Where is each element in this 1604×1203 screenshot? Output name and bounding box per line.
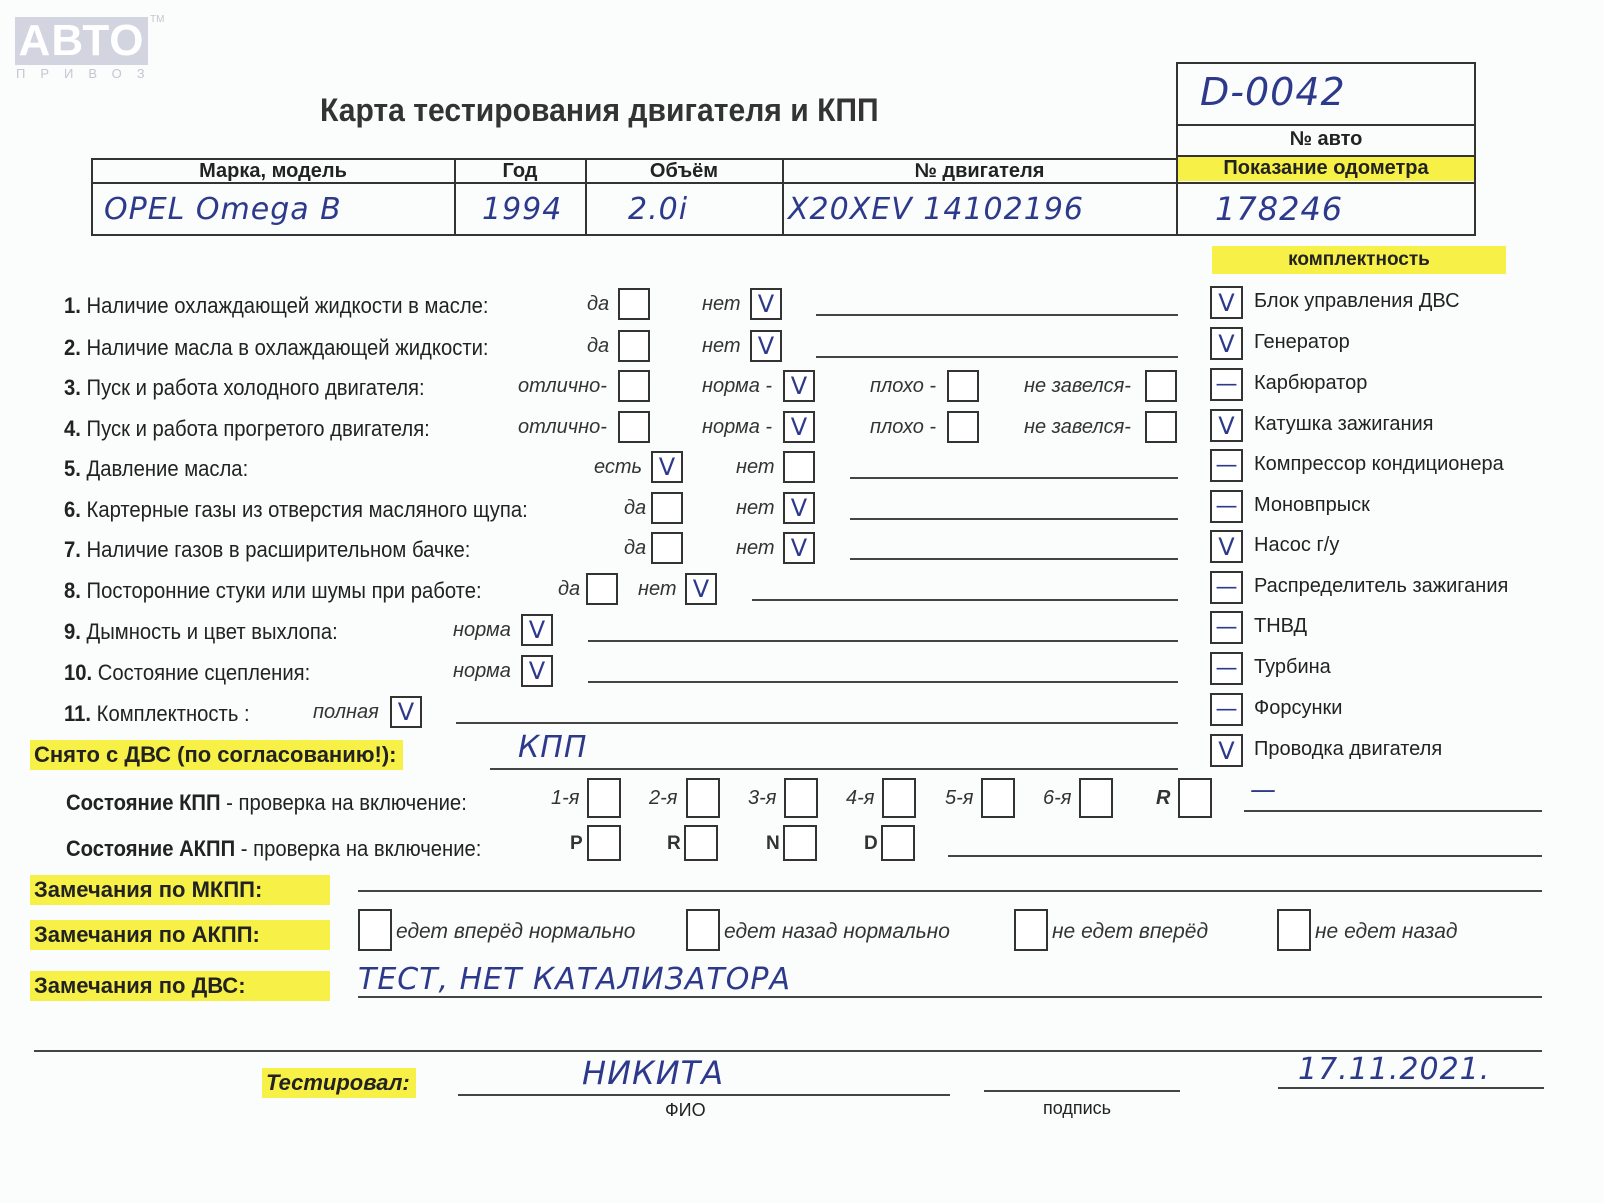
akpp-remark-label: не едет назад (1315, 920, 1457, 944)
check-mark-icon: V (1218, 535, 1234, 559)
odometer-value[interactable]: 178246 (1215, 190, 1343, 228)
check-mark-icon: V (791, 496, 807, 520)
completeness-item-label: Карбюратор (1254, 372, 1367, 395)
completeness-item-label: Блок управления ДВС (1254, 290, 1460, 313)
akpp-remark-checkbox[interactable] (1277, 909, 1311, 951)
checkbox[interactable] (618, 370, 650, 402)
check-mark-icon: V (659, 455, 675, 479)
checkbox[interactable]: V (390, 696, 422, 728)
dash-mark-icon: — (1216, 496, 1238, 518)
checkbox[interactable]: V (783, 370, 815, 402)
check-mark-icon: V (758, 334, 774, 358)
check-question-2: 2. Наличие масла в охлаждающей жидкости: (64, 335, 489, 361)
checkbox[interactable]: V (783, 492, 815, 524)
dash-mark-icon: — (1216, 699, 1238, 721)
position-checkbox[interactable] (587, 825, 621, 861)
akpp-remark-checkbox[interactable] (686, 909, 720, 951)
akpp-remarks-label: Замечания по АКПП: (30, 920, 330, 950)
column-header-engine-number: № двигателя (783, 160, 1176, 183)
dvs-remarks-value[interactable]: ТЕСТ, НЕТ КАТАЛИЗАТОРА (358, 962, 791, 997)
signature-caption: подпись (1043, 1098, 1111, 1119)
comment-line[interactable] (850, 477, 1178, 479)
comment-line[interactable] (816, 356, 1178, 358)
akpp-remark-label: едет назад нормально (724, 920, 950, 944)
completeness-title: комплектность (1212, 246, 1506, 274)
volume-value[interactable]: 2.0i (628, 192, 688, 227)
gear-label: 5-я (945, 787, 973, 810)
option-label: нет (736, 537, 775, 560)
checkbox[interactable]: V (521, 655, 553, 687)
position-checkbox[interactable] (881, 825, 915, 861)
completeness-checkbox[interactable]: — (1210, 449, 1243, 482)
completeness-checkbox[interactable]: V (1210, 530, 1243, 563)
option-label: да (587, 293, 609, 316)
check-mark-icon: V (398, 700, 414, 724)
option-label: норма (453, 619, 511, 642)
checkbox[interactable] (618, 411, 650, 443)
checkbox[interactable] (947, 370, 979, 402)
gear-label: 6-я (1043, 787, 1071, 810)
gear-checkbox[interactable] (1178, 778, 1212, 818)
option-label: норма - (702, 375, 772, 398)
option-label: есть (594, 456, 642, 479)
make-model-value[interactable]: OPEL Omega B (104, 192, 342, 227)
check-mark-icon: V (1218, 739, 1234, 763)
check-question-4: 4. Пуск и работа прогретого двигателя: (64, 416, 430, 442)
completeness-checkbox[interactable]: — (1210, 652, 1243, 685)
akpp-remark-label: едет вперёд нормально (396, 920, 635, 944)
check-mark-icon: V (1218, 291, 1234, 315)
gear-label: 4-я (846, 787, 874, 810)
manual-gearbox-note[interactable]: — (1250, 775, 1277, 805)
option-label: полная (313, 701, 379, 724)
check-question-3: 3. Пуск и работа холодного двигателя: (64, 375, 425, 401)
option-label: отлично- (518, 375, 607, 398)
tester-name[interactable]: НИКИТА (582, 1054, 724, 1092)
option-label: отлично- (518, 416, 607, 439)
comment-line[interactable] (588, 681, 1178, 683)
checkbox[interactable]: V (651, 451, 683, 483)
comment-line[interactable] (850, 558, 1178, 560)
checkbox[interactable]: V (750, 288, 782, 320)
option-label: норма - (702, 416, 772, 439)
completeness-item-label: Катушка зажигания (1254, 413, 1434, 436)
trademark: TM (150, 14, 164, 25)
check-mark-icon: V (1218, 332, 1234, 356)
option-label: да (587, 335, 609, 358)
option-label: нет (736, 497, 775, 520)
position-label: P (570, 833, 583, 855)
option-label: не завелся- (1024, 375, 1131, 398)
car-number-value[interactable]: D-0042 (1200, 70, 1346, 114)
position-label: N (766, 833, 780, 855)
check-mark-icon: V (1218, 414, 1234, 438)
logo: АВТО (15, 17, 148, 65)
dash-mark-icon: — (1216, 617, 1238, 639)
gear-label: 3-я (748, 787, 776, 810)
checkbox[interactable] (1145, 411, 1177, 443)
position-checkbox[interactable] (783, 825, 817, 861)
completeness-checkbox[interactable]: — (1210, 693, 1243, 726)
akpp-remark-checkbox[interactable] (358, 909, 392, 951)
checkbox[interactable]: V (685, 573, 717, 605)
completeness-checkbox[interactable]: — (1210, 571, 1243, 604)
akpp-remark-label: не едет вперёд (1052, 920, 1208, 944)
completeness-item-label: Насос г/у (1254, 534, 1339, 557)
completeness-item-label: ТНВД (1254, 615, 1307, 638)
completeness-checkbox[interactable]: — (1210, 611, 1243, 644)
page-title: Карта тестирования двигателя и КПП (320, 92, 879, 129)
option-label: нет (736, 456, 775, 479)
option-label: да (624, 537, 646, 560)
checkbox[interactable] (947, 411, 979, 443)
checkbox[interactable]: V (783, 532, 815, 564)
year-value[interactable]: 1994 (482, 192, 562, 227)
manual-gearbox-label: Состояние КПП - проверка на включение: (66, 790, 467, 816)
checkbox[interactable] (1145, 370, 1177, 402)
completeness-item-label: Проводка двигателя (1254, 738, 1442, 761)
completeness-item-label: Генератор (1254, 331, 1350, 354)
gear-checkbox[interactable] (981, 778, 1015, 818)
logo-subtitle: ПРИВОЗ (16, 66, 160, 81)
comment-line[interactable] (816, 314, 1178, 316)
completeness-checkbox[interactable]: — (1210, 490, 1243, 523)
check-question-9: 9. Дымность и цвет выхлопа: (64, 619, 338, 645)
checkbox[interactable]: V (521, 614, 553, 646)
check-question-7: 7. Наличие газов в расширительном бачке: (64, 537, 470, 563)
checkbox[interactable] (651, 532, 683, 564)
tested-by-label: Тестировал: (262, 1068, 416, 1098)
mkpp-remarks-field[interactable] (358, 890, 1542, 892)
gear-checkbox[interactable] (1079, 778, 1113, 818)
test-date[interactable]: 17.11.2021. (1298, 1052, 1490, 1087)
akpp-remark-checkbox[interactable] (1014, 909, 1048, 951)
column-header-make-model: Марка, модель (93, 160, 453, 183)
comment-line[interactable] (850, 518, 1178, 520)
column-header-volume: Объём (586, 160, 782, 183)
checkbox[interactable] (783, 451, 815, 483)
check-mark-icon: V (791, 415, 807, 439)
option-label: нет (702, 335, 741, 358)
option-label: нет (638, 578, 677, 601)
completeness-item-label: Распределитель зажигания (1254, 575, 1508, 598)
checkbox[interactable] (586, 573, 618, 605)
comment-line[interactable] (752, 599, 1178, 601)
option-label: нет (702, 293, 741, 316)
gear-label: 1-я (551, 787, 579, 810)
column-header-year: Год (455, 160, 585, 183)
checkbox[interactable] (618, 330, 650, 362)
auto-gearbox-label: Состояние АКПП - проверка на включение: (66, 836, 481, 862)
check-mark-icon: V (693, 577, 709, 601)
column-header-odometer: Показание одометра (1178, 157, 1474, 180)
name-caption: ФИО (665, 1100, 706, 1121)
gear-checkbox[interactable] (882, 778, 916, 818)
completeness-item-label: Турбина (1254, 656, 1331, 679)
completeness-checkbox[interactable]: V (1210, 409, 1243, 442)
option-label: плохо - (870, 416, 936, 439)
check-question-6: 6. Картерные газы из отверстия масляного… (64, 497, 528, 523)
checkbox[interactable]: V (750, 330, 782, 362)
gear-checkbox[interactable] (686, 778, 720, 818)
check-question-5: 5. Давление масла: (64, 456, 248, 482)
check-mark-icon: V (529, 618, 545, 642)
checkbox[interactable] (651, 492, 683, 524)
position-label: R (667, 833, 681, 855)
option-label: норма (453, 660, 511, 683)
removed-label: Снято с ДВС (по согласованию!): (30, 740, 403, 770)
gear-label: 2-я (649, 787, 677, 810)
check-question-1: 1. Наличие охлаждающей жидкости в масле: (64, 293, 489, 319)
gear-label: R (1156, 787, 1170, 810)
option-label: да (558, 578, 580, 601)
completeness-checkbox[interactable]: V (1210, 734, 1243, 767)
check-mark-icon: V (791, 536, 807, 560)
dvs-remarks-label: Замечания по ДВС: (30, 971, 330, 1001)
dash-mark-icon: — (1216, 374, 1238, 396)
gear-checkbox[interactable] (587, 778, 621, 818)
mkpp-remarks-label: Замечания по МКПП: (30, 875, 330, 905)
check-mark-icon: V (758, 292, 774, 316)
check-question-8: 8. Посторонние стуки или шумы при работе… (64, 578, 482, 604)
completeness-item-label: Компрессор кондиционера (1254, 453, 1504, 476)
option-label: да (624, 497, 646, 520)
gear-checkbox[interactable] (784, 778, 818, 818)
check-question-11: 11. Комплектность : (64, 701, 250, 727)
checkbox[interactable] (618, 288, 650, 320)
checkbox[interactable]: V (783, 411, 815, 443)
dash-mark-icon: — (1216, 577, 1238, 599)
completeness-checkbox[interactable]: — (1210, 368, 1243, 401)
check-mark-icon: V (791, 374, 807, 398)
position-checkbox[interactable] (684, 825, 718, 861)
position-label: D (864, 833, 878, 855)
dash-mark-icon: — (1216, 658, 1238, 680)
engine-number-value[interactable]: X20XEV 14102196 (788, 192, 1084, 227)
check-question-10: 10. Состояние сцепления: (64, 660, 310, 686)
dash-mark-icon: — (1216, 455, 1238, 477)
signature-field[interactable] (984, 1090, 1180, 1092)
option-label: плохо - (870, 375, 936, 398)
check-mark-icon: V (529, 659, 545, 683)
completeness-item-label: Моновпрыск (1254, 494, 1370, 517)
completeness-checkbox[interactable]: V (1210, 286, 1243, 319)
completeness-checkbox[interactable]: V (1210, 327, 1243, 360)
completeness-item-label: Форсунки (1254, 697, 1342, 720)
removed-value[interactable]: КПП (518, 730, 587, 765)
option-label: не завелся- (1024, 416, 1131, 439)
car-number-label: № авто (1178, 128, 1474, 151)
comment-line[interactable] (588, 640, 1178, 642)
comment-line[interactable] (456, 722, 1178, 724)
